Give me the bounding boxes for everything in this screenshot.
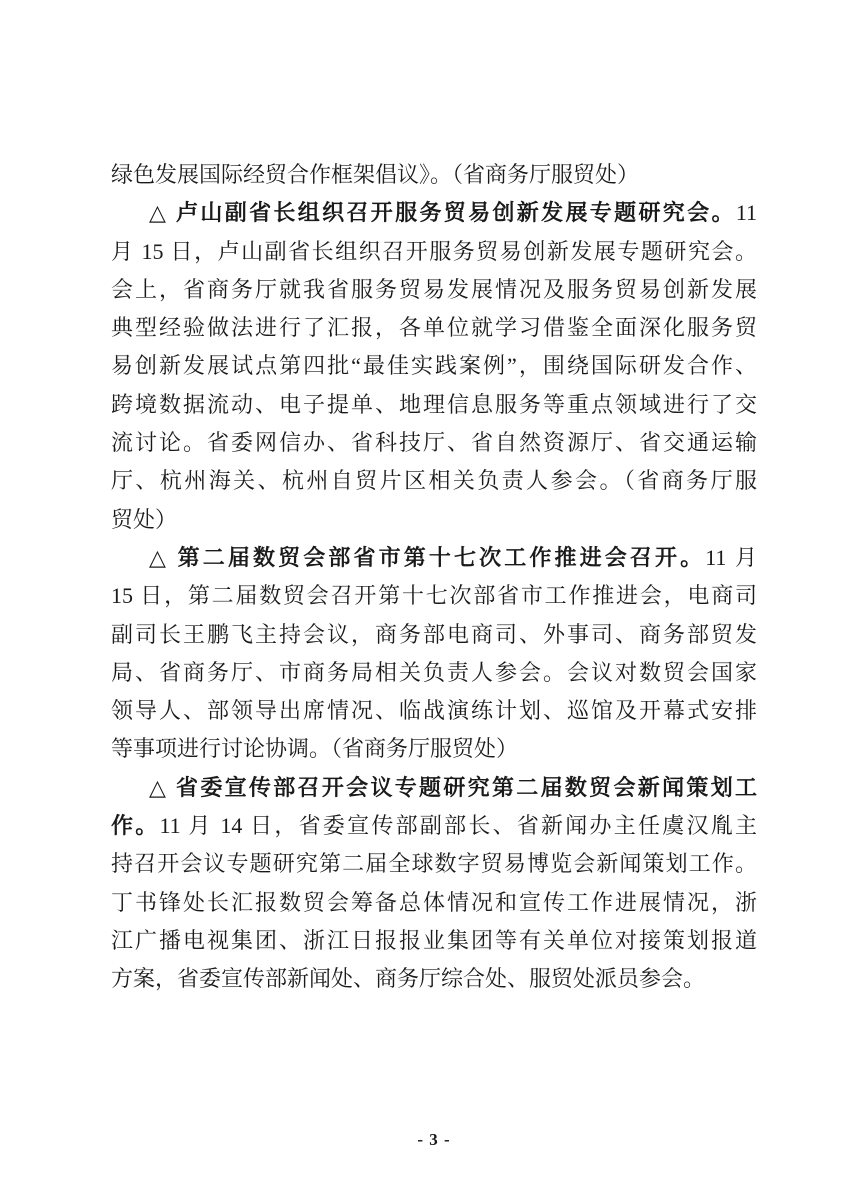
paragraph-continuation-green-development: 绿色发展国际经贸合作框架倡议》。（省商务厅服贸处） (111, 156, 757, 194)
text-segment: 会上，省商务厅就我省服务贸易发展情况及服务贸易创新发展 (111, 277, 757, 302)
text-line: 15 日，第二届数贸会召开第十七次部省市工作推进会，电商司 (111, 577, 757, 615)
text-line: 丁书锋处长汇报数贸会筹备总体情况和宣传工作进展情况，浙 (111, 884, 757, 922)
text-segment: 月 15 日，卢山副省长组织召开服务贸易创新发展专题研究会。 (111, 239, 757, 264)
text-segment: 11 月 (705, 545, 757, 570)
text-line: 流讨论。省委网信办、省科技厅、省自然资源厅、省交通运输 (111, 424, 757, 462)
text-line: 会上，省商务厅就我省服务贸易发展情况及服务贸易创新发展 (111, 271, 757, 309)
document-body: 绿色发展国际经贸合作框架倡议》。（省商务厅服贸处）△ 卢山副省长组织召开服务贸易… (111, 156, 757, 999)
heading-segment: △ 第二届数贸会部省市第十七次工作推进会召开。 (149, 545, 705, 570)
heading-segment: 作。 (111, 813, 160, 838)
paragraph-propaganda-dept-news-planning: △ 省委宣传部召开会议专题研究第二届数贸会新闻策划工作。11 月 14 日，省委… (111, 769, 757, 999)
text-line: 等事项进行讨论协调。（省商务厅服贸处） (111, 730, 757, 768)
text-line: 跨境数据流动、电子提单、地理信息服务等重点领域进行了交 (111, 386, 757, 424)
text-segment: 江广播电视集团、浙江日报报业集团等有关单位对接策划报道 (111, 928, 757, 953)
text-segment: 持召开会议专题研究第二届全球数字贸易博览会新闻策划工作。 (111, 851, 757, 876)
text-segment: 丁书锋处长汇报数贸会筹备总体情况和宣传工作进展情况，浙 (111, 890, 757, 915)
text-line: 作。11 月 14 日，省委宣传部副部长、省新闻办主任虞汉胤主 (111, 807, 757, 845)
text-segment: 11 (736, 200, 757, 225)
heading-segment: △ 卢山副省长组织召开服务贸易创新发展专题研究会。 (149, 200, 736, 225)
text-segment: 绿色发展国际经贸合作框架倡议》。（省商务厅服贸处） (111, 162, 639, 187)
text-segment: 流讨论。省委网信办、省科技厅、省自然资源厅、省交通运输 (111, 430, 757, 455)
text-line: 持召开会议专题研究第二届全球数字贸易博览会新闻策划工作。 (111, 845, 757, 883)
paragraph-digital-trade-expo-work-meeting: △ 第二届数贸会部省市第十七次工作推进会召开。11 月15 日，第二届数贸会召开… (111, 539, 757, 769)
text-line: 厅、杭州海关、杭州自贸片区相关负责人参会。（省商务厅服 (111, 462, 757, 500)
paragraph-lushan-service-trade-seminar: △ 卢山副省长组织召开服务贸易创新发展专题研究会。11月 15 日，卢山副省长组… (111, 194, 757, 539)
text-line: 方案，省委宣传部新闻处、商务厅综合处、服贸处派员参会。 (111, 960, 757, 998)
text-segment: 局、省商务厅、市商务局相关负责人参会。会议对数贸会国家 (111, 660, 757, 685)
text-segment: 15 日，第二届数贸会召开第十七次部省市工作推进会，电商司 (111, 583, 757, 608)
text-line: 副司长王鹏飞主持会议，商务部电商司、外事司、商务部贸发 (111, 616, 757, 654)
document-page: 绿色发展国际经贸合作框架倡议》。（省商务厅服贸处）△ 卢山副省长组织召开服务贸易… (0, 0, 849, 1200)
text-segment: 等事项进行讨论协调。（省商务厅服贸处） (111, 736, 518, 761)
text-line: 易创新发展试点第四批“最佳实践案例”，围绕国际研发合作、 (111, 347, 757, 385)
text-line: 绿色发展国际经贸合作框架倡议》。（省商务厅服贸处） (111, 156, 757, 194)
text-segment: 贸处） (111, 507, 177, 532)
text-line: △ 卢山副省长组织召开服务贸易创新发展专题研究会。11 (111, 194, 757, 232)
text-line: 典型经验做法进行了汇报，各单位就学习借鉴全面深化服务贸 (111, 309, 757, 347)
text-segment: 领导人、部领导出席情况、临战演练计划、巡馆及开幕式安排 (111, 698, 757, 723)
text-segment: 典型经验做法进行了汇报，各单位就学习借鉴全面深化服务贸 (111, 315, 757, 340)
text-line: 局、省商务厅、市商务局相关负责人参会。会议对数贸会国家 (111, 654, 757, 692)
text-segment: 跨境数据流动、电子提单、地理信息服务等重点领域进行了交 (111, 392, 757, 417)
text-line: 领导人、部领导出席情况、临战演练计划、巡馆及开幕式安排 (111, 692, 757, 730)
text-line: 月 15 日，卢山副省长组织召开服务贸易创新发展专题研究会。 (111, 233, 757, 271)
text-segment: 易创新发展试点第四批“最佳实践案例”，围绕国际研发合作、 (111, 353, 757, 378)
text-segment: 方案，省委宣传部新闻处、商务厅综合处、服贸处派员参会。 (111, 966, 705, 991)
text-line: 贸处） (111, 501, 757, 539)
text-segment: 厅、杭州海关、杭州自贸片区相关负责人参会。（省商务厅服 (111, 468, 757, 493)
text-line: △ 省委宣传部召开会议专题研究第二届数贸会新闻策划工 (111, 769, 757, 807)
text-segment: 副司长王鹏飞主持会议，商务部电商司、外事司、商务部贸发 (111, 622, 757, 647)
heading-segment: △ 省委宣传部召开会议专题研究第二届数贸会新闻策划工 (149, 775, 757, 800)
page-number: - 3 - (111, 1130, 757, 1150)
text-line: △ 第二届数贸会部省市第十七次工作推进会召开。11 月 (111, 539, 757, 577)
text-line: 江广播电视集团、浙江日报报业集团等有关单位对接策划报道 (111, 922, 757, 960)
text-segment: 11 月 14 日，省委宣传部副部长、省新闻办主任虞汉胤主 (160, 813, 758, 838)
